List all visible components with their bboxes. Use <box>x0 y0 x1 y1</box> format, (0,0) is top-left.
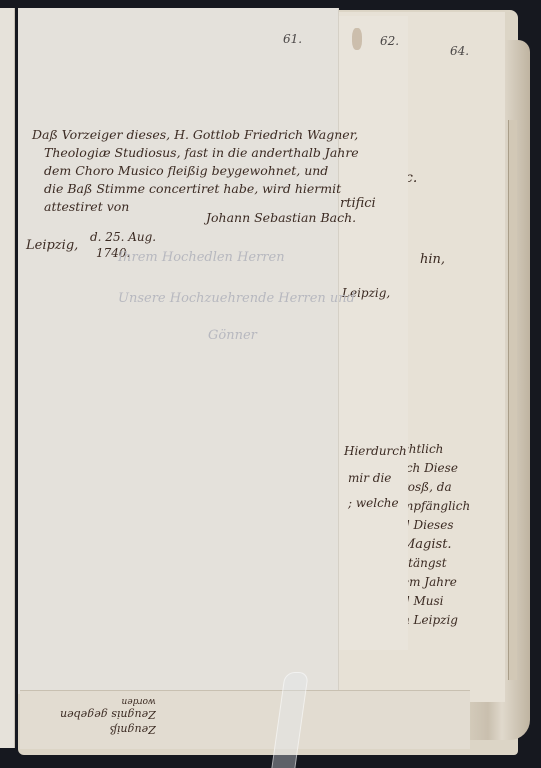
fragment-line: Magist. <box>402 535 470 554</box>
fragment-line: stängst <box>402 554 470 573</box>
fragment-line: d Musi <box>402 592 470 611</box>
frayed-strip <box>508 120 517 680</box>
show-through-text: Unsere Hochzuehrende Herren und <box>118 291 355 306</box>
fragment-text: mir die <box>348 471 391 485</box>
edge-column-fragments: chtlich ich Diese rosß, da mpfänglich d … <box>402 440 470 630</box>
folio-number: 61. <box>283 32 302 46</box>
stain <box>352 28 362 50</box>
fragment-line: mpfänglich <box>402 497 470 516</box>
fragment-text: ; welche <box>348 496 399 510</box>
note-line: worden <box>60 695 156 707</box>
fragment-line: chtlich <box>402 440 470 459</box>
upside-down-note: Zeugniß Zeugnis gegeben worden <box>60 695 156 737</box>
fragment-text: hin, <box>420 252 445 267</box>
bottom-folded-flap: Zeugniß Zeugnis gegeben worden <box>20 690 470 749</box>
signature: Johann Sebastian Bach. <box>206 210 356 225</box>
fragment-line: n Leipzig <box>402 611 470 630</box>
leaf-folio-61: 61. Daß Vorzeiger dieses, H. Gottlob Fri… <box>18 8 339 694</box>
testimonial-line: die Baß Stimme concertiret habe, wird hi… <box>32 180 359 198</box>
testimonial-text: Daß Vorzeiger dieses, H. Gottlob Friedri… <box>32 126 359 216</box>
show-through-text: Gönner <box>208 328 257 343</box>
show-through-text: Ihrem Hochedlen Herren <box>118 250 285 265</box>
place: Leipzig, <box>26 238 78 253</box>
testimonial-line: Daß Vorzeiger dieses, H. Gottlob Friedri… <box>32 126 359 144</box>
note-line: Zeugniß <box>60 722 156 737</box>
testimonial-line: Theologiæ Studiosus, fast in die anderth… <box>32 144 359 162</box>
fragment-text: Hierdurch <box>344 444 407 458</box>
testimonial-line: dem Choro Musico fleißig beygewohnet, un… <box>32 162 359 180</box>
folio-number: 62. <box>380 34 399 48</box>
fragment-line: em Jahre <box>402 573 470 592</box>
fragment-line: d Dieses <box>402 516 470 535</box>
fragment-line: ich Diese <box>402 459 470 478</box>
date-day: d. 25. Aug. <box>90 230 156 244</box>
left-page-edge <box>0 8 15 748</box>
folio-number: 64. <box>450 44 469 58</box>
fragment-line: rosß, da <box>402 478 470 497</box>
note-line: Zeugnis gegeben <box>60 707 156 722</box>
